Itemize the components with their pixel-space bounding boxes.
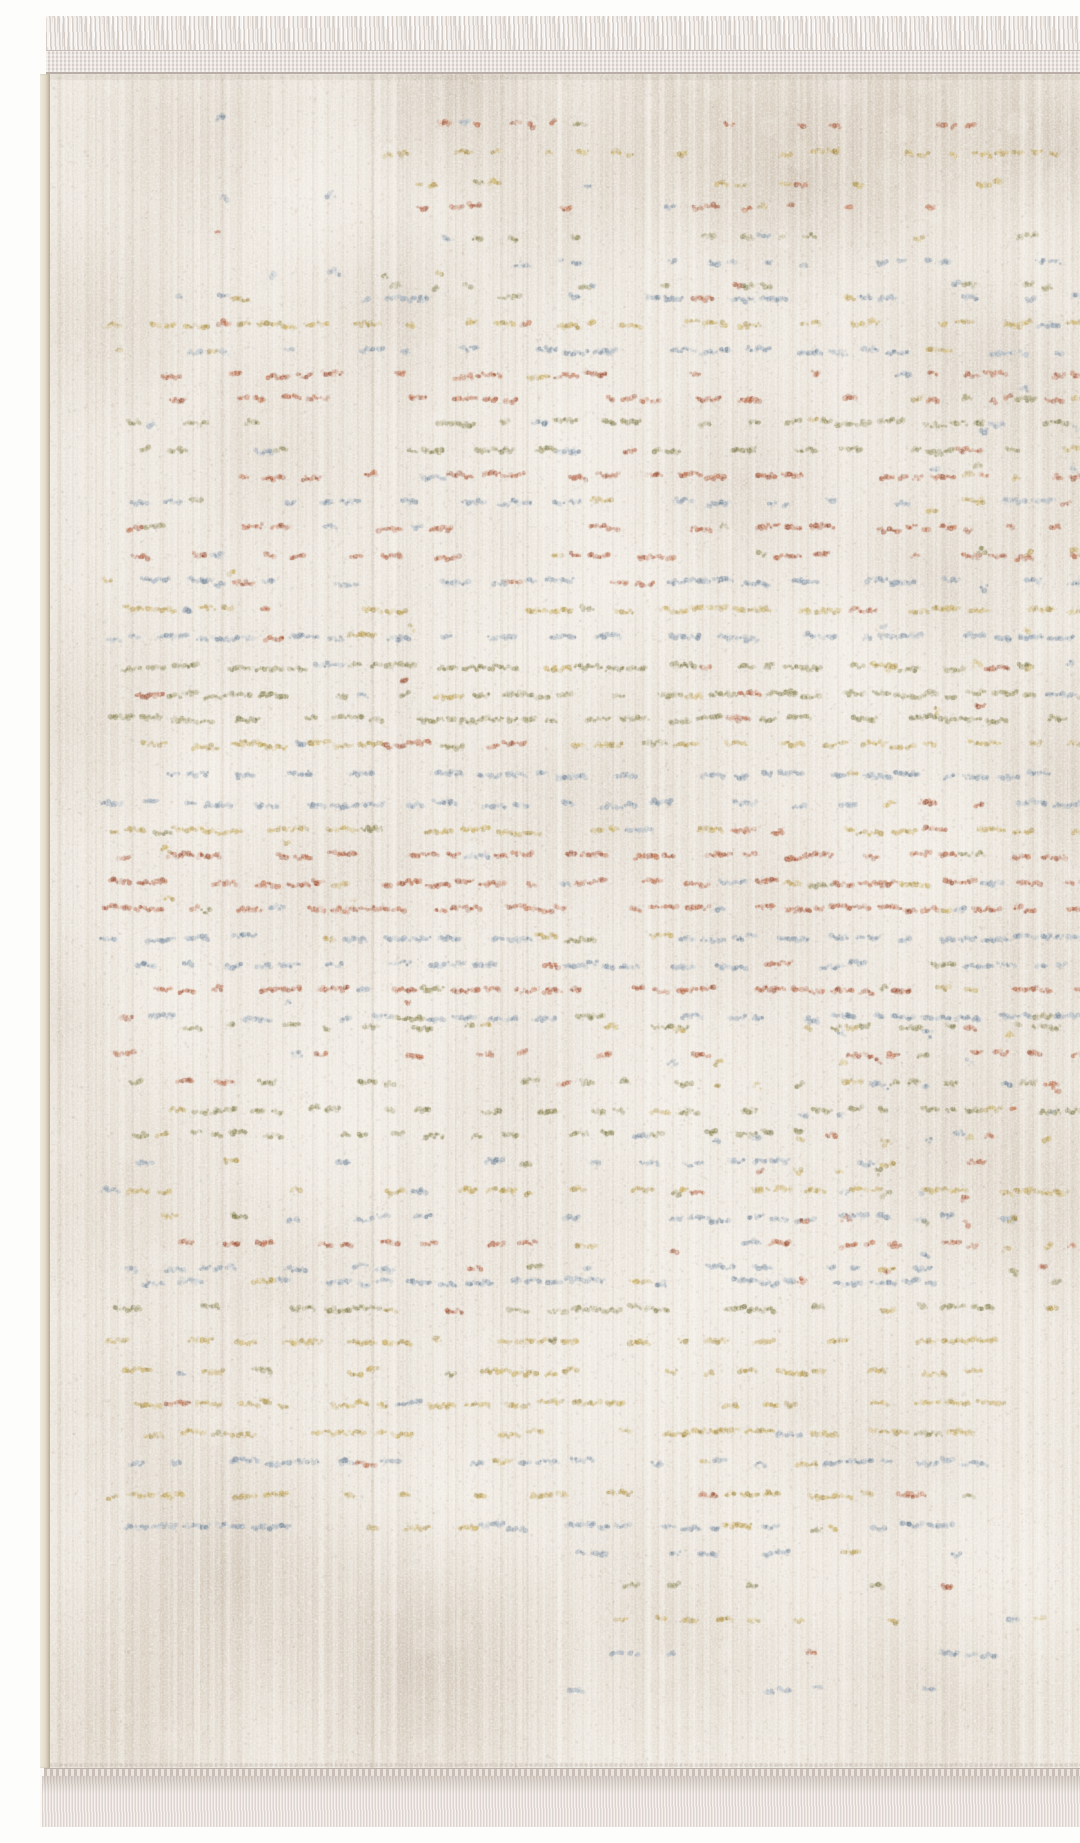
fringe-top: [40, 16, 1080, 74]
fringe-top-woven-band: [46, 50, 1080, 74]
fringe-bottom: [40, 1768, 1080, 1827]
fringe-bottom-tassels: [42, 1776, 1080, 1827]
selvage-left-edge: [40, 74, 50, 1768]
fringe-top-tassels: [46, 16, 1080, 54]
rug-photo: [40, 16, 1080, 1827]
pile-grain-noise: [48, 74, 1080, 1768]
